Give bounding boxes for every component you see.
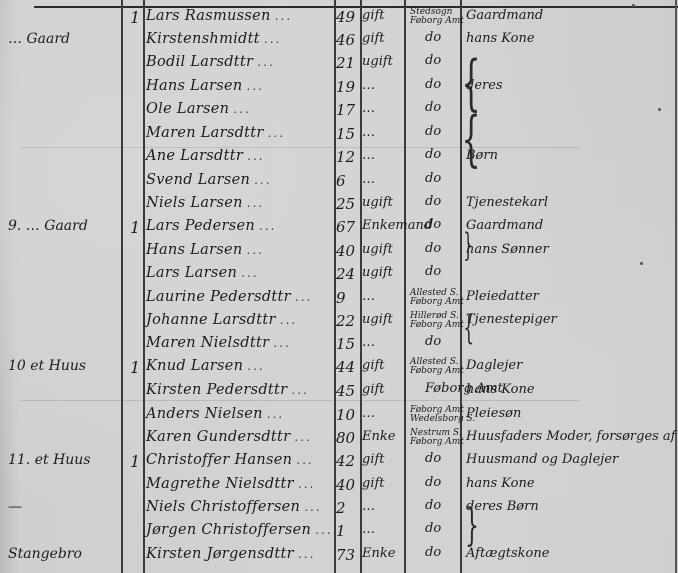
birthplace-cell: Føborg AmtWedelsborg S.: [410, 406, 460, 424]
occupation-cell: Daglejer: [466, 358, 522, 373]
age-cell: 2: [336, 499, 346, 517]
civil-status-cell: gift: [362, 476, 385, 491]
table-row: Johanne Larsdttr...22ugiftHillerød S.Føb…: [0, 312, 678, 334]
occupation-cell: hans Sønner: [466, 242, 549, 257]
name-cell: Kirstenshmidtt...: [146, 31, 281, 47]
name-cell: Laurine Pedersdttr...: [146, 289, 312, 305]
age-cell: 19: [336, 78, 355, 96]
leader-dots: ...: [254, 173, 271, 187]
age-cell: 25: [336, 195, 355, 213]
place-cell: Stangebro: [8, 546, 82, 562]
age-cell: 67: [336, 218, 355, 236]
table-row: StangebroKirsten Jørgensdttr...73EnkedoA…: [0, 546, 678, 568]
civil-status-cell: …: [362, 289, 375, 304]
name-cell: Ane Larsdttr...: [146, 148, 265, 164]
table-row: Kirsten Pedersdttr...45giftFøborg Amthan…: [0, 382, 678, 404]
family-number-cell: 1: [130, 452, 140, 471]
civil-status-cell: gift: [362, 358, 385, 373]
leader-dots: ...: [233, 102, 250, 116]
brace-sons: }: [463, 226, 473, 264]
table-row: 1Lars Rasmussen...49giftStedsognFøborg A…: [0, 8, 678, 30]
leader-dots: ...: [295, 290, 312, 304]
age-cell: 80: [336, 429, 355, 447]
table-row: —Niels Christoffersen...2…doderes Børn: [0, 499, 678, 521]
civil-status-cell: gift: [362, 452, 385, 467]
leader-dots: ...: [247, 149, 264, 163]
name-cell: Lars Rasmussen...: [146, 8, 292, 24]
table-row: Ane Larsdttr...12…doBørn: [0, 148, 678, 170]
leader-dots: ...: [267, 407, 284, 421]
place-cell: 10 et Huus: [8, 358, 86, 374]
brace-children-2: {: [462, 104, 481, 174]
leader-dots: ...: [298, 477, 315, 491]
census-page: 1Lars Rasmussen...49giftStedsognFøborg A…: [0, 0, 678, 573]
place-cell: 11. et Huus: [8, 452, 91, 468]
leader-dots: ...: [264, 32, 281, 46]
table-row: Maren Larsdttr...15…do: [0, 125, 678, 147]
birthplace-cell: do: [425, 174, 475, 183]
occupation-cell: Gaardmand: [466, 8, 543, 23]
leader-dots: ...: [315, 523, 332, 537]
civil-status-cell: gift: [362, 8, 385, 23]
table-row: Maren Nielsdttr...15…do: [0, 335, 678, 357]
table-row: 9. … Gaard1Lars Pedersen...67EnkemanddoG…: [0, 218, 678, 240]
table-row: Hans Larsen...40ugiftdohans Sønner: [0, 242, 678, 264]
name-cell: Lars Pedersen...: [146, 218, 276, 234]
leader-dots: ...: [268, 126, 285, 140]
family-number-cell: 1: [130, 8, 140, 27]
civil-status-cell: gift: [362, 31, 385, 46]
table-row: Svend Larsen...6…do: [0, 172, 678, 194]
occupation-cell: Gaardmand: [466, 218, 543, 233]
leader-dots: ...: [296, 453, 313, 467]
leader-dots: ...: [247, 359, 264, 373]
age-cell: 45: [336, 382, 355, 400]
name-cell: Jørgen Christoffersen...: [146, 522, 333, 538]
civil-status-cell: …: [362, 78, 375, 93]
age-cell: 42: [336, 452, 355, 470]
age-cell: 9: [336, 289, 346, 307]
name-cell: Maren Larsdttr...: [146, 125, 285, 141]
age-cell: 15: [336, 125, 355, 143]
name-cell: Maren Nielsdttr...: [146, 335, 291, 351]
age-cell: 15: [336, 335, 355, 353]
leader-dots: ...: [259, 219, 276, 233]
place-cell: 9. … Gaard: [8, 218, 88, 234]
place-cell: —: [8, 499, 22, 515]
leader-dots: ...: [280, 313, 297, 327]
name-cell: Kirsten Jørgensdttr...: [146, 546, 315, 562]
family-number-cell: 1: [130, 218, 140, 237]
name-cell: Lars Larsen...: [146, 265, 259, 281]
civil-status-cell: …: [362, 499, 375, 514]
civil-status-cell: ugift: [362, 265, 393, 280]
occupation-cell: Huusmand og Daglejer: [466, 452, 618, 467]
leader-dots: ...: [298, 547, 315, 561]
age-cell: 40: [336, 242, 355, 260]
name-cell: Hans Larsen...: [146, 78, 264, 94]
table-row: Ole Larsen...17…do: [0, 101, 678, 123]
birthplace-cell: Allested S.Føborg Amt: [410, 358, 460, 376]
name-cell: Knud Larsen...: [146, 358, 265, 374]
birthplace-cell: Hillerød S.Føborg Amt: [410, 312, 460, 330]
name-cell: Anders Nielsen...: [146, 406, 284, 422]
name-cell: Niels Christoffersen...: [146, 499, 322, 515]
name-cell: Bodil Larsdttr...: [146, 54, 275, 70]
age-cell: 22: [336, 312, 355, 330]
birthplace-cell: Nestrum S.Føborg Amt: [410, 429, 460, 447]
table-row: 10 et Huus1Knud Larsen...44giftAllested …: [0, 358, 678, 380]
age-cell: 40: [336, 476, 355, 494]
leader-dots: ...: [273, 336, 290, 350]
occupation-cell: Pleiesøn: [466, 406, 521, 421]
leader-dots: ...: [247, 196, 264, 210]
age-cell: 21: [336, 54, 355, 72]
age-cell: 6: [336, 172, 346, 190]
age-cell: 73: [336, 546, 355, 564]
table-row: Anders Nielsen...10…Føborg AmtWedelsborg…: [0, 406, 678, 428]
leader-dots: ...: [241, 266, 258, 280]
table-row: Jørgen Christoffersen...1…do: [0, 522, 678, 544]
civil-status-cell: …: [362, 522, 375, 537]
name-cell: Niels Larsen...: [146, 195, 264, 211]
civil-status-cell: ugift: [362, 54, 393, 69]
name-cell: Kirsten Pedersdttr...: [146, 382, 309, 398]
age-cell: 44: [336, 358, 355, 376]
civil-status-cell: …: [362, 335, 375, 350]
age-cell: 10: [336, 406, 355, 424]
leader-dots: ...: [291, 383, 308, 397]
civil-status-cell: Enkemand: [362, 218, 432, 233]
occupation-cell: hans Kone: [466, 382, 535, 397]
civil-status-cell: …: [362, 172, 375, 187]
leader-dots: ...: [294, 430, 311, 444]
civil-status-cell: Enke: [362, 429, 395, 444]
family-number-cell: 1: [130, 358, 140, 377]
civil-status-cell: …: [362, 406, 375, 421]
brace-maids: {: [463, 308, 474, 348]
leader-dots: ...: [257, 55, 274, 69]
birthplace-cell: do: [425, 267, 475, 276]
name-cell: Ole Larsen...: [146, 101, 251, 117]
age-cell: 17: [336, 101, 355, 119]
name-cell: Johanne Larsdttr...: [146, 312, 297, 328]
name-cell: Karen Gundersdttr...: [146, 429, 312, 445]
place-cell: … Gaard: [8, 31, 70, 47]
occupation-cell: Tjenestepiger: [466, 312, 557, 327]
civil-status-cell: …: [362, 148, 375, 163]
brace-children-3: }: [465, 500, 479, 551]
leader-dots: ...: [247, 79, 264, 93]
name-cell: Hans Larsen...: [146, 242, 264, 258]
leader-dots: ...: [247, 243, 264, 257]
occupation-cell: Tjenestekarl: [466, 195, 548, 210]
name-cell: Christoffer Hansen...: [146, 452, 314, 468]
table-row: … GaardKirstenshmidtt...46giftdohans Kon…: [0, 31, 678, 53]
leader-dots: ...: [275, 9, 292, 23]
civil-status-cell: …: [362, 125, 375, 140]
occupation-cell: hans Kone: [466, 31, 535, 46]
civil-status-cell: ugift: [362, 195, 393, 210]
occupation-cell: Pleiedatter: [466, 289, 539, 304]
age-cell: 24: [336, 265, 355, 283]
age-cell: 1: [336, 522, 346, 540]
table-row: Karen Gundersdttr...80EnkeNestrum S.Føbo…: [0, 429, 678, 451]
civil-status-cell: gift: [362, 382, 385, 397]
occupation-cell: hans Kone: [466, 476, 535, 491]
civil-status-cell: ugift: [362, 242, 393, 257]
birthplace-cell: Allested S.Føborg Amt: [410, 289, 460, 307]
table-row: Laurine Pedersdttr...9…Allested S.Føborg…: [0, 289, 678, 311]
leader-dots: ...: [304, 500, 321, 514]
name-cell: Svend Larsen...: [146, 172, 272, 188]
table-row: Niels Larsen...25ugiftdoTjenestekarl: [0, 195, 678, 217]
occupation-cell: Huusfaders Moder, forsørges af Sønnen: [466, 429, 678, 444]
age-cell: 12: [336, 148, 355, 166]
age-cell: 46: [336, 31, 355, 49]
age-cell: 49: [336, 8, 355, 26]
birthplace-cell: StedsognFøborg Amt: [410, 8, 460, 26]
civil-status-cell: …: [362, 101, 375, 116]
civil-status-cell: ugift: [362, 312, 393, 327]
table-row: 11. et Huus1Christoffer Hansen...42giftd…: [0, 452, 678, 474]
table-row: Hans Larsen...19…doderes: [0, 78, 678, 100]
table-row: Lars Larsen...24ugiftdo: [0, 265, 678, 287]
name-cell: Magrethe Nielsdttr...: [146, 476, 315, 492]
table-row: Magrethe Nielsdttr...40giftdohans Kone: [0, 476, 678, 498]
civil-status-cell: Enke: [362, 546, 395, 561]
table-row: Bodil Larsdttr...21ugiftdo: [0, 54, 678, 76]
